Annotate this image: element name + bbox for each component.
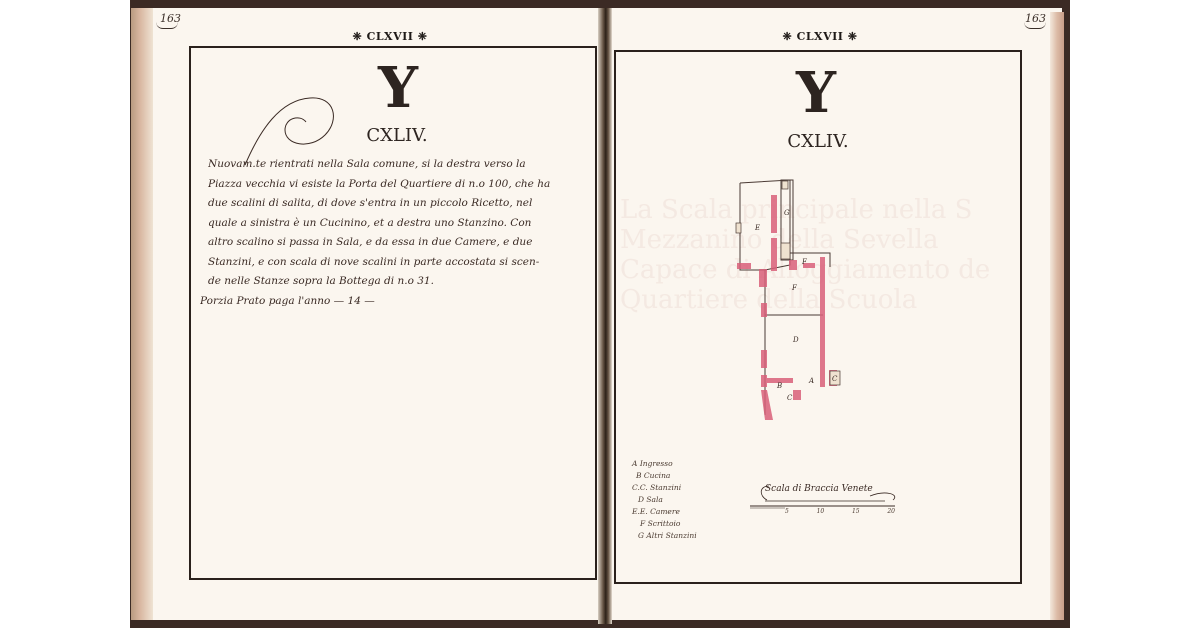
text-line: Stanzini, e con scala di nove scalini in… xyxy=(208,253,588,273)
legend-key: F xyxy=(640,519,645,528)
legend-key: B xyxy=(636,471,642,480)
running-head-text: CLXVII xyxy=(797,30,844,43)
svg-text:E: E xyxy=(754,224,760,232)
svg-text:A: A xyxy=(808,377,814,385)
legend-key: G xyxy=(638,531,644,540)
rent-line: Porzia Prato paga l'anno — 14 — xyxy=(200,292,588,312)
legend-label: Ingresso xyxy=(640,459,673,468)
legend-row: F Scrittoio xyxy=(640,518,697,530)
text-line: altro scalino si passa in Sala, e da ess… xyxy=(208,233,588,253)
running-head-text: CLXVII xyxy=(367,30,414,43)
legend-key: D xyxy=(638,495,644,504)
legend-label: Camere xyxy=(650,507,680,516)
scale-tick: 20 xyxy=(887,508,895,515)
legend-label: Altri Stanzini xyxy=(646,531,696,540)
legend-label: Scrittoio xyxy=(648,519,681,528)
left-running-head: ❈ CLXVII ❈ xyxy=(330,30,450,43)
scale-tick: 15 xyxy=(852,508,860,515)
text-line: quale a sinistra è un Cucinino, et a des… xyxy=(208,214,588,234)
svg-text:G: G xyxy=(784,209,790,217)
svg-text:C: C xyxy=(787,394,793,402)
text-line: de nelle Stanze sopra la Bottega di n.o … xyxy=(208,272,588,292)
left-page-edge xyxy=(131,8,153,620)
legend-key: A xyxy=(632,459,637,468)
legend-label: Stanzini xyxy=(650,483,681,492)
legend-row: C.C. Stanzini xyxy=(632,482,697,494)
left-section-letter: Y xyxy=(358,55,438,121)
svg-text:C: C xyxy=(832,375,838,383)
legend-key: E.E. xyxy=(632,507,648,516)
legend-row: G Altri Stanzini xyxy=(638,530,697,542)
plan-legend: A Ingresso B Cucina C.C. Stanzini D Sala… xyxy=(632,458,697,542)
legend-label: Cucina xyxy=(644,471,670,480)
legend-row: E.E. Camere xyxy=(632,506,697,518)
svg-text:D: D xyxy=(792,336,799,344)
scale-tick: 5 xyxy=(785,508,789,515)
manuscript-text-block: Nuovam.te rientrati nella Sala comune, s… xyxy=(208,155,588,311)
legend-row: D Sala xyxy=(638,494,697,506)
scale-bar: Scala di Braccia Venete 5 10 15 20 xyxy=(745,480,905,524)
scale-tick: 10 xyxy=(817,508,825,515)
legend-key: C.C. xyxy=(632,483,648,492)
legend-label: Sala xyxy=(646,495,662,504)
right-section-letter: Y xyxy=(776,60,856,126)
right-section-number: CXLIV. xyxy=(758,131,878,152)
svg-text:B: B xyxy=(776,382,782,390)
book-gutter xyxy=(598,8,612,624)
legend-row: B Cucina xyxy=(636,470,697,482)
legend-row: A Ingresso xyxy=(632,458,697,470)
folio-flourish-icon xyxy=(1024,22,1046,29)
right-running-head: ❈ CLXVII ❈ xyxy=(760,30,880,43)
scale-title: Scala di Braccia Venete xyxy=(765,484,873,494)
scale-ticks: 5 10 15 20 xyxy=(785,508,895,515)
text-line: Piazza vecchia vi esiste la Porta del Qu… xyxy=(208,175,588,195)
svg-text:F: F xyxy=(791,284,798,292)
floor-plan-diagram: G E F F D A C B C xyxy=(735,175,855,420)
text-line: due scalini di salita, di dove s'entra i… xyxy=(208,194,588,214)
right-page-edge xyxy=(1050,12,1064,620)
left-section-number: CXLIV. xyxy=(337,125,457,146)
folio-flourish-icon xyxy=(156,22,178,29)
text-line: Nuovam.te rientrati nella Sala comune, s… xyxy=(208,155,588,175)
